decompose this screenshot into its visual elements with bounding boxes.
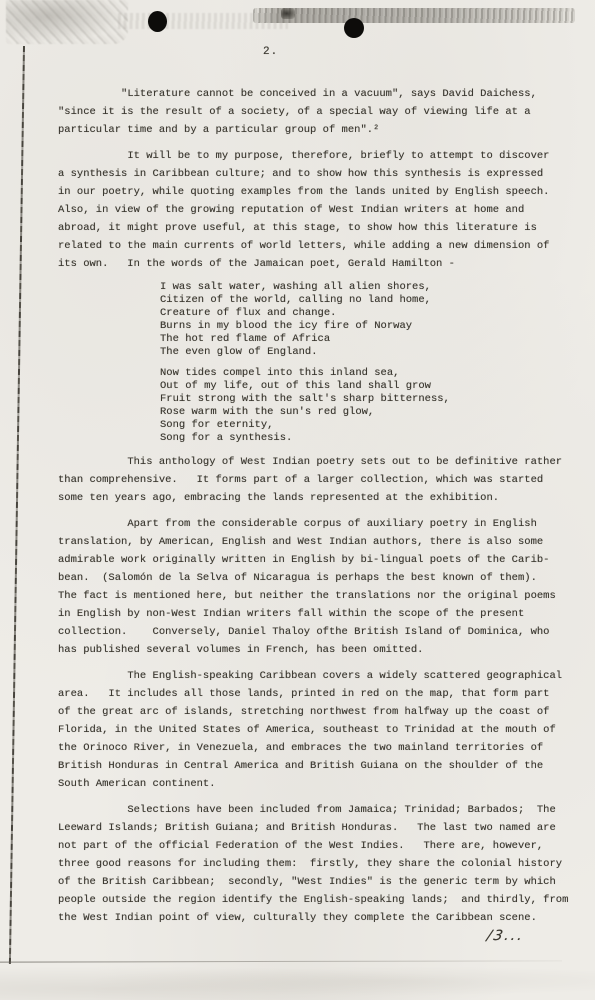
scanned-page: 2. "Literature cannot be conceived in a … (0, 0, 595, 1000)
paragraph-purpose: It will be to my purpose, therefore, bri… (58, 147, 580, 273)
paragraph-anthology: This anthology of West Indian poetry set… (58, 453, 580, 507)
paragraph-selections: Selections have been included from Jamai… (58, 801, 580, 927)
paragraph-geography: The English-speaking Caribbean covers a … (58, 667, 580, 793)
punch-hole-right (344, 18, 364, 38)
poem-stanza-1: I was salt water, washing all alien shor… (160, 281, 580, 359)
document-body: "Literature cannot be conceived in a vac… (58, 85, 580, 935)
poem-quotation: I was salt water, washing all alien shor… (160, 281, 580, 445)
scanner-noise-band (253, 8, 575, 23)
scan-smudge-topleft (6, 0, 128, 44)
footer-page-continuation-mark: /3... (486, 928, 526, 944)
page-bottom-shade (0, 962, 595, 1000)
paragraph-opening-quote: "Literature cannot be conceived in a vac… (58, 85, 580, 139)
page-left-edge-line (9, 46, 25, 964)
page-number: 2. (263, 46, 278, 58)
poem-stanza-2: Now tides compel into this inland sea, O… (160, 367, 580, 445)
paragraph-auxiliary-poetry: Apart from the considerable corpus of au… (58, 515, 580, 659)
punch-hole-left (148, 11, 167, 32)
ink-blot (281, 8, 295, 19)
